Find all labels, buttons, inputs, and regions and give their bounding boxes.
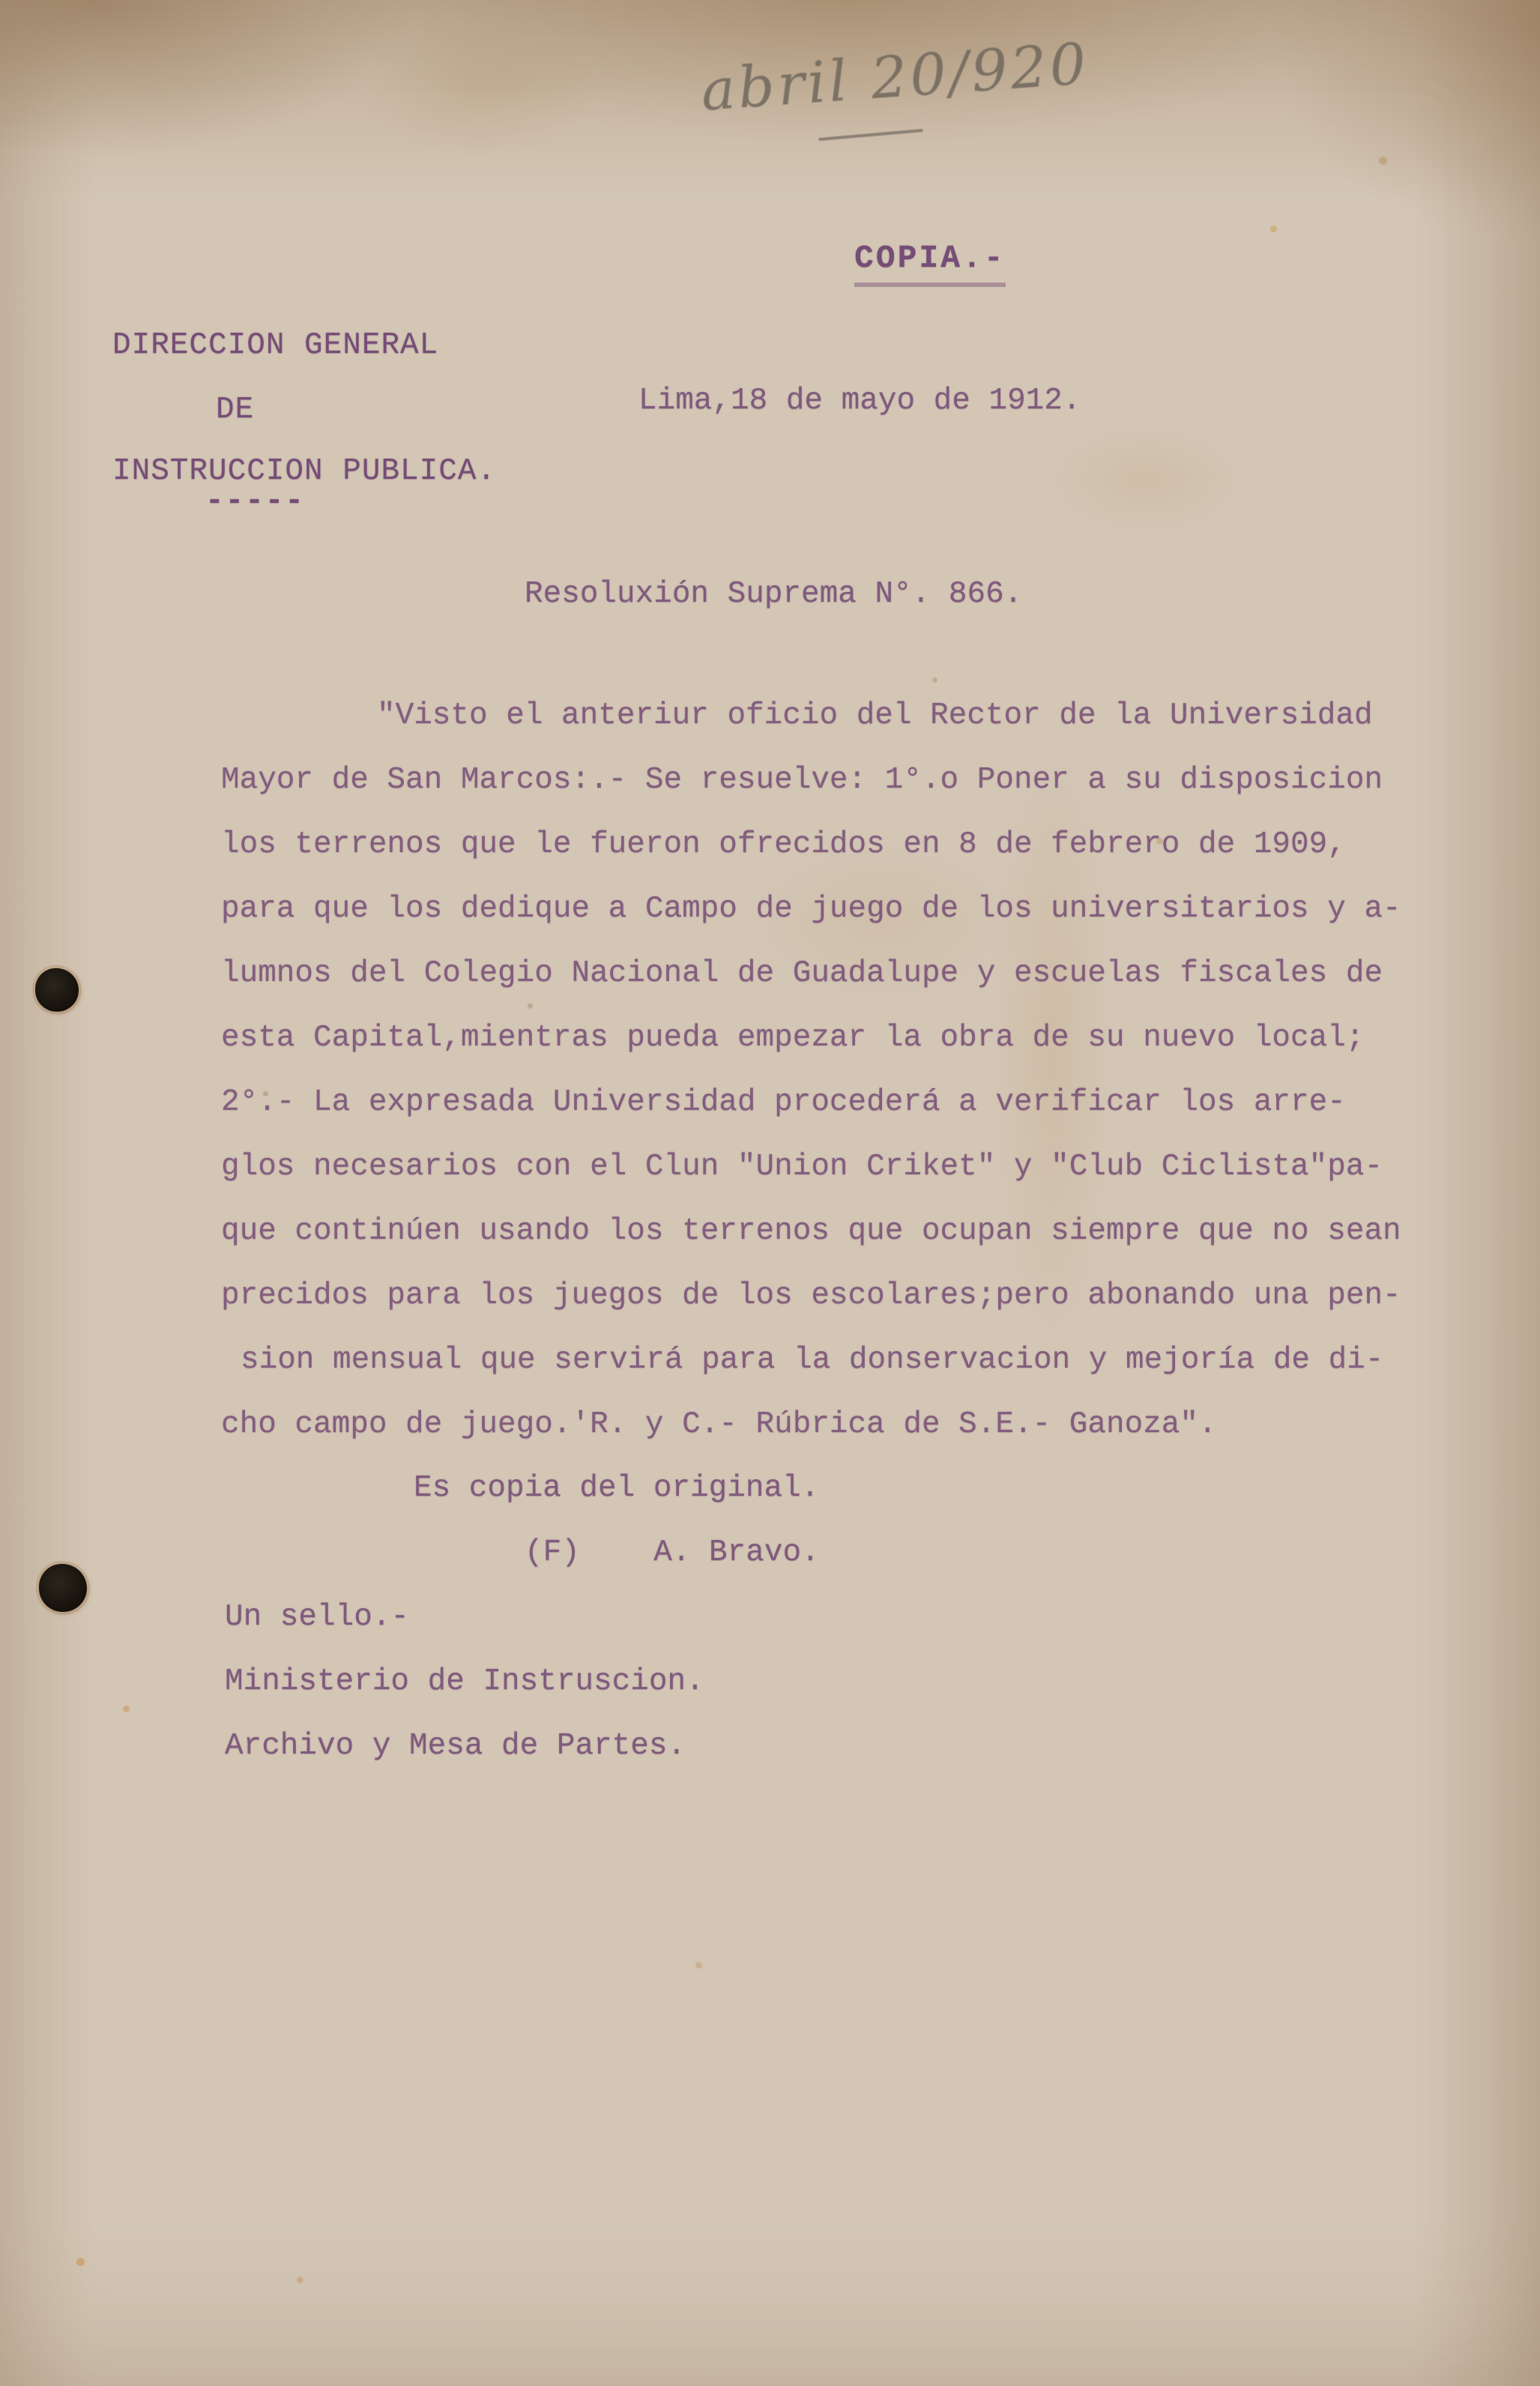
body-line: que continúen usando los terrenos que oc… — [221, 1214, 1465, 1278]
handwritten-underline — [818, 129, 923, 141]
body-line: cho campo de juego.'R. y C.- Rúbrica de … — [221, 1407, 1465, 1472]
body-line: 2°.- La expresada Universidad procederá … — [221, 1085, 1465, 1150]
dateline: Lima,18 de mayo de 1912. — [638, 384, 1081, 418]
copy-certification: Es copia del original. — [414, 1471, 819, 1505]
letterhead-line2: DE — [216, 393, 254, 427]
resolution-title: Resoluxión Suprema N°. 866. — [525, 577, 1022, 611]
body-line: "Visto el anteriur oficio del Rector de … — [221, 698, 1465, 763]
seal-note: Un sello.- — [225, 1600, 409, 1634]
body-line: los terrenos que le fueron ofrecidos en … — [221, 827, 1465, 892]
punch-hole-top — [35, 968, 79, 1012]
body-line: para que los dedique a Campo de juego de… — [221, 892, 1465, 956]
body-line: Mayor de San Marcos:.- Se resuelve: 1°.o… — [221, 763, 1465, 827]
copy-heading: COPIA.- — [854, 240, 1006, 287]
document-page: abril 20/920 COPIA.- DIRECCION GENERAL D… — [0, 0, 1540, 2386]
body-line: glos necesarios con el Clun "Union Crike… — [221, 1150, 1465, 1214]
body-line: lumnos del Colegio Nacional de Guadalupe… — [221, 956, 1465, 1021]
body-line: precidos para los juegos de los escolare… — [221, 1278, 1465, 1343]
archive-line: Archivo y Mesa de Partes. — [225, 1729, 686, 1763]
letterhead-rule: ----- — [205, 484, 305, 519]
body-line: sion mensual que servirá para la donserv… — [221, 1343, 1465, 1407]
punch-hole-bottom — [39, 1564, 87, 1612]
letterhead-line1: DIRECCION GENERAL — [112, 328, 438, 363]
body-line: esta Capital,mientras pueda empezar la o… — [221, 1021, 1465, 1085]
handwritten-date-annotation: abril 20/920 — [699, 30, 1091, 124]
signature-line: (F) A. Bravo. — [525, 1535, 820, 1570]
resolution-body: "Visto el anteriur oficio del Rector de … — [221, 698, 1465, 1472]
paper-stain-specks — [0, 0, 4, 4]
ministry-line: Ministerio de Instruscion. — [225, 1664, 704, 1699]
